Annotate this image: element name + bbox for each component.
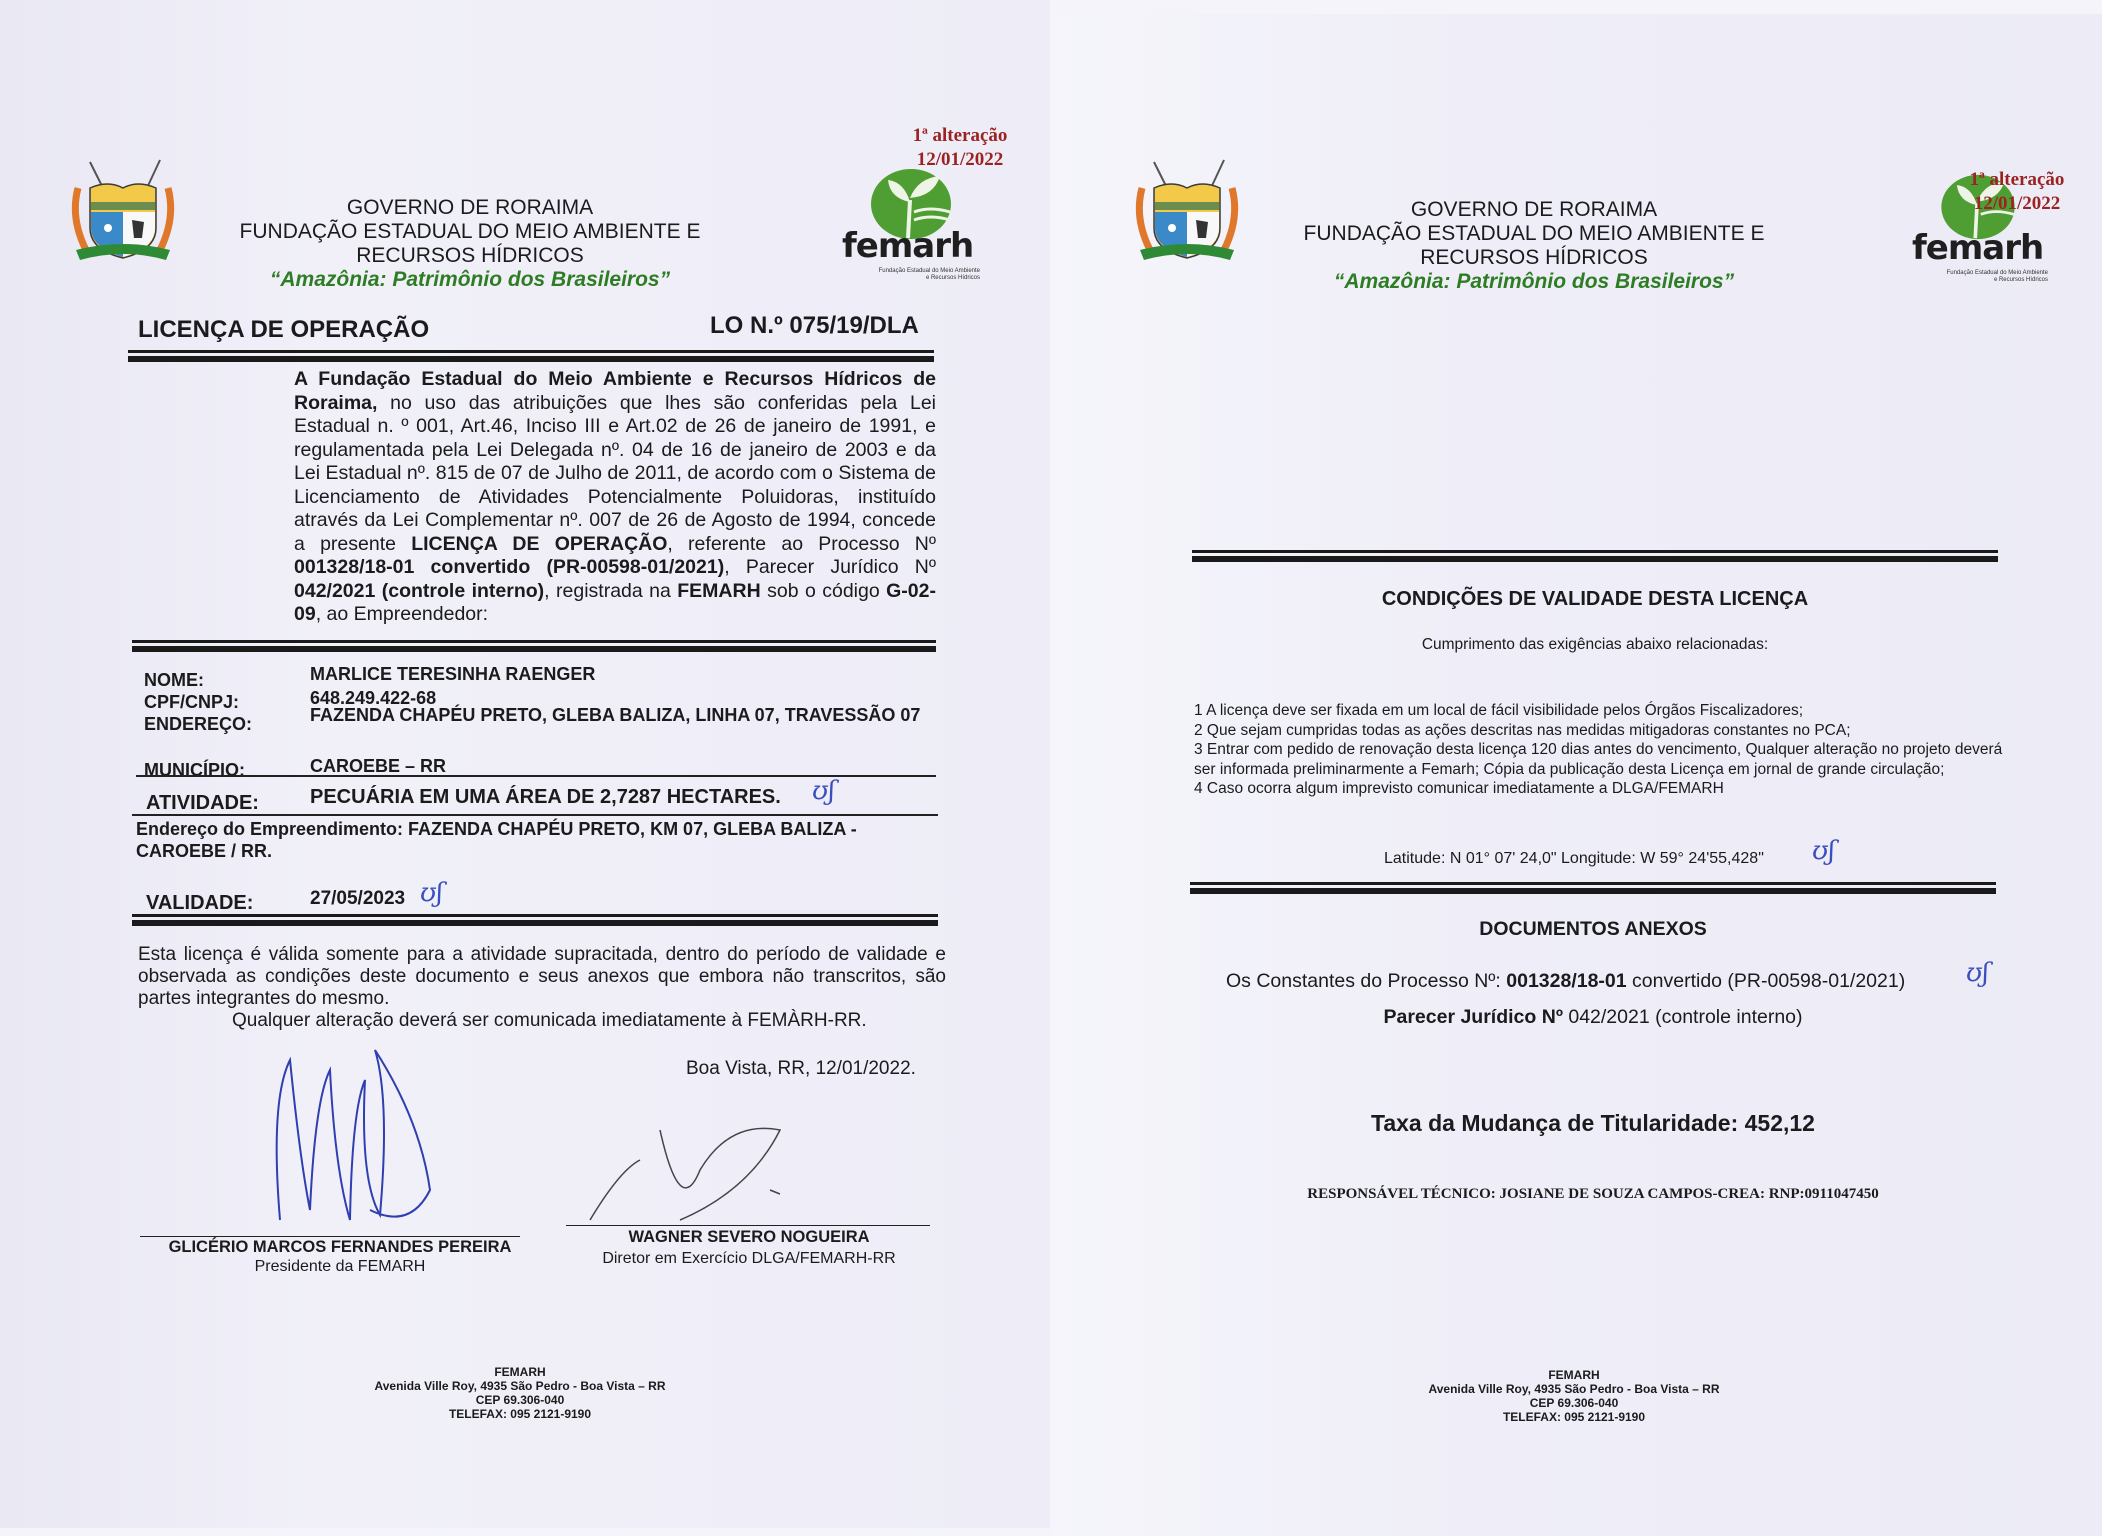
license-page-1: GOVERNO DE RORAIMA FUNDAÇÃO ESTADUAL DO …	[0, 0, 1050, 1528]
footer-address: Avenida Ville Roy, 4935 São Pedro - Boa …	[1364, 1382, 1784, 1396]
amendment-date: 12/01/2022	[1952, 192, 2082, 216]
preamble-license-type: LICENÇA DE OPERAÇÃO	[411, 533, 667, 555]
name-value: MARLICE TERESINHA RAENGER	[310, 664, 595, 685]
preamble-agency: FEMARH	[677, 580, 760, 602]
footer-agency: FEMARH	[1364, 1368, 1784, 1382]
preamble-text-6: , ao Empreendedor:	[316, 603, 488, 625]
technical-responsible: RESPONSÁVEL TÉCNICO: JOSIANE DE SOUZA CA…	[1190, 1186, 1996, 1203]
footer-agency: FEMARH	[320, 1365, 720, 1379]
femarh-logo-subtitle: Fundação Estadual do Meio Ambiente e Rec…	[1908, 270, 2048, 284]
femarh-sub-1: Fundação Estadual do Meio Ambiente	[840, 268, 980, 275]
signatory-2-name: WAGNER SEVERO NOGUEIRA	[566, 1228, 932, 1247]
annex-process-label: Os Constantes do Processo Nº:	[1226, 970, 1506, 992]
coordinates: Latitude: N 01° 07' 24,0" Longitude: W 5…	[1384, 850, 1764, 868]
cpf-label: CPF/CNPJ:	[144, 692, 239, 713]
validity-terms: Esta licença é válida somente para a ati…	[138, 944, 946, 1010]
footer-phone: TELEFAX: 095 2121-9190	[320, 1407, 720, 1421]
condition-item: 3 Entrar com pedido de renovação desta l…	[1194, 740, 2014, 779]
process-number: 001328/18-01 convertido (PR-00598-01/202…	[294, 556, 724, 578]
agency-name-line2: RECURSOS HÍDRICOS	[1274, 246, 1794, 270]
change-notice: Qualquer alteração deverá ser comunicada…	[232, 1010, 867, 1032]
conditions-list: 1 A licença deve ser fixada em um local …	[1194, 701, 2014, 799]
femarh-sub-2: e Recursos Hídricos	[840, 275, 980, 282]
preamble-text-4: , registrada na	[544, 580, 677, 602]
validity-label: VALIDADE:	[146, 892, 253, 915]
initials-mark: ʊʃ	[812, 776, 835, 806]
annexes-title: DOCUMENTOS ANEXOS	[1190, 918, 1996, 941]
president-signature-icon	[260, 1040, 440, 1240]
conditions-divider	[1192, 550, 1998, 562]
annexes-divider	[1190, 882, 1996, 894]
gov-name: GOVERNO DE RORAIMA	[210, 196, 730, 220]
letterhead: GOVERNO DE RORAIMA FUNDAÇÃO ESTADUAL DO …	[1274, 198, 1794, 294]
femarh-wordmark: femarh	[1912, 228, 2043, 268]
ownership-change-fee: Taxa da Mudança de Titularidade: 452,12	[1190, 1110, 1996, 1137]
roraima-coat-of-arms-icon	[68, 158, 178, 273]
conditions-intro: Cumprimento das exigências abaixo relaci…	[1192, 636, 1998, 654]
signature-line-1	[140, 1236, 520, 1237]
annex-legal-opinion: Parecer Jurídico Nº 042/2021 (controle i…	[1190, 1006, 1996, 1029]
license-preamble: A Fundação Estadual do Meio Ambiente e R…	[294, 368, 936, 627]
municipality-label: MUNICÍPIO:	[144, 760, 245, 781]
place-and-date: Boa Vista, RR, 12/01/2022.	[686, 1058, 916, 1080]
validity-divider	[132, 914, 938, 926]
annex-legal-opinion-label: Parecer Jurídico Nº	[1383, 1006, 1562, 1028]
preamble-text: no uso das atribuições que lhes são conf…	[294, 392, 936, 555]
annex-legal-opinion-number: 042/2021 (controle interno)	[1563, 1006, 1803, 1028]
preamble-text-3: , Parecer Jurídico Nº	[724, 556, 936, 578]
motto: “Amazônia: Patrimônio dos Brasileiros”	[210, 268, 730, 292]
condition-item: 2 Que sejam cumpridas todas as ações des…	[1194, 721, 2014, 741]
amendment-label: 1ª alteração	[900, 124, 1020, 148]
amendment-label: 1ª alteração	[1952, 168, 2082, 192]
address-value: FAZENDA CHAPÉU PRETO, GLEBA BALIZA, LINH…	[310, 704, 950, 726]
gov-name: GOVERNO DE RORAIMA	[1274, 198, 1794, 222]
footer-cep: CEP 69.306-040	[320, 1393, 720, 1407]
address-label: ENDEREÇO:	[144, 714, 252, 735]
activity-divider	[132, 814, 938, 816]
femarh-logo-subtitle: Fundação Estadual do Meio Ambiente e Rec…	[840, 268, 980, 282]
annex-process-number: 001328/18-01	[1506, 970, 1626, 992]
validity-date: 27/05/2023	[310, 888, 405, 910]
femarh-wordmark: femarh	[842, 226, 973, 266]
condition-item: 4 Caso ocorra algum imprevisto comunicar…	[1194, 779, 2014, 799]
femarh-sub-1: Fundação Estadual do Meio Ambiente	[1908, 270, 2048, 277]
motto: “Amazônia: Patrimônio dos Brasileiros”	[1274, 270, 1794, 294]
condition-item: 1 A licença deve ser fixada em um local …	[1194, 701, 2014, 721]
name-label: NOME:	[144, 670, 204, 691]
preamble-text-2: , referente ao Processo Nº	[667, 533, 936, 555]
license-number: LO N.º 075/19/DLA	[710, 312, 919, 340]
agency-name-line1: FUNDAÇÃO ESTADUAL DO MEIO AMBIENTE E	[1274, 222, 1794, 246]
entrepreneur-divider	[132, 640, 936, 652]
preamble-text-5: sob o código	[761, 580, 886, 602]
signatory-1-role: Presidente da FEMARH	[140, 1258, 540, 1276]
agency-name-line1: FUNDAÇÃO ESTADUAL DO MEIO AMBIENTE E	[210, 220, 730, 244]
license-page-2: GOVERNO DE RORAIMA FUNDAÇÃO ESTADUAL DO …	[1052, 14, 2102, 1536]
director-signature-icon	[580, 1110, 820, 1230]
annex-process: Os Constantes do Processo Nº: 001328/18-…	[1226, 970, 1905, 993]
municipality-value: CAROEBE – RR	[310, 756, 446, 777]
footer-address: Avenida Ville Roy, 4935 São Pedro - Boa …	[320, 1379, 720, 1393]
agency-name-line2: RECURSOS HÍDRICOS	[210, 244, 730, 268]
project-address: Endereço do Empreendimento: FAZENDA CHAP…	[136, 818, 946, 862]
activity-label: ATIVIDADE:	[146, 792, 259, 815]
signatory-2-role: Diretor em Exercício DLGA/FEMARH-RR	[566, 1250, 932, 1268]
initials-mark-annex: ʊʃ	[1966, 958, 1989, 988]
annex-process-converted: convertido (PR-00598-01/2021)	[1627, 970, 1906, 992]
signature-line-2	[566, 1225, 930, 1226]
page-footer: FEMARH Avenida Ville Roy, 4935 São Pedro…	[320, 1365, 720, 1421]
amendment-stamp: 1ª alteração 12/01/2022	[1952, 168, 2082, 216]
activity-value: PECUÁRIA EM UMA ÁREA DE 2,7287 HECTARES.	[310, 786, 781, 809]
title-divider	[128, 350, 934, 362]
footer-cep: CEP 69.306-040	[1364, 1396, 1784, 1410]
amendment-stamp: 1ª alteração 12/01/2022	[900, 124, 1020, 172]
roraima-coat-of-arms-icon	[1132, 158, 1242, 273]
document-title: LICENÇA DE OPERAÇÃO	[138, 316, 429, 344]
signatory-1-name: GLICÉRIO MARCOS FERNANDES PEREIRA	[140, 1238, 540, 1257]
footer-phone: TELEFAX: 095 2121-9190	[1364, 1410, 1784, 1424]
femarh-sub-2: e Recursos Hídricos	[1908, 277, 2048, 284]
initials-mark-validity: ʊʃ	[420, 878, 443, 908]
conditions-title: CONDIÇÕES DE VALIDADE DESTA LICENÇA	[1192, 588, 1998, 611]
letterhead: GOVERNO DE RORAIMA FUNDAÇÃO ESTADUAL DO …	[210, 196, 730, 292]
legal-opinion-number: 042/2021 (controle interno)	[294, 580, 544, 602]
initials-mark: ʊʃ	[1812, 836, 1835, 866]
page-footer: FEMARH Avenida Ville Roy, 4935 São Pedro…	[1364, 1368, 1784, 1424]
